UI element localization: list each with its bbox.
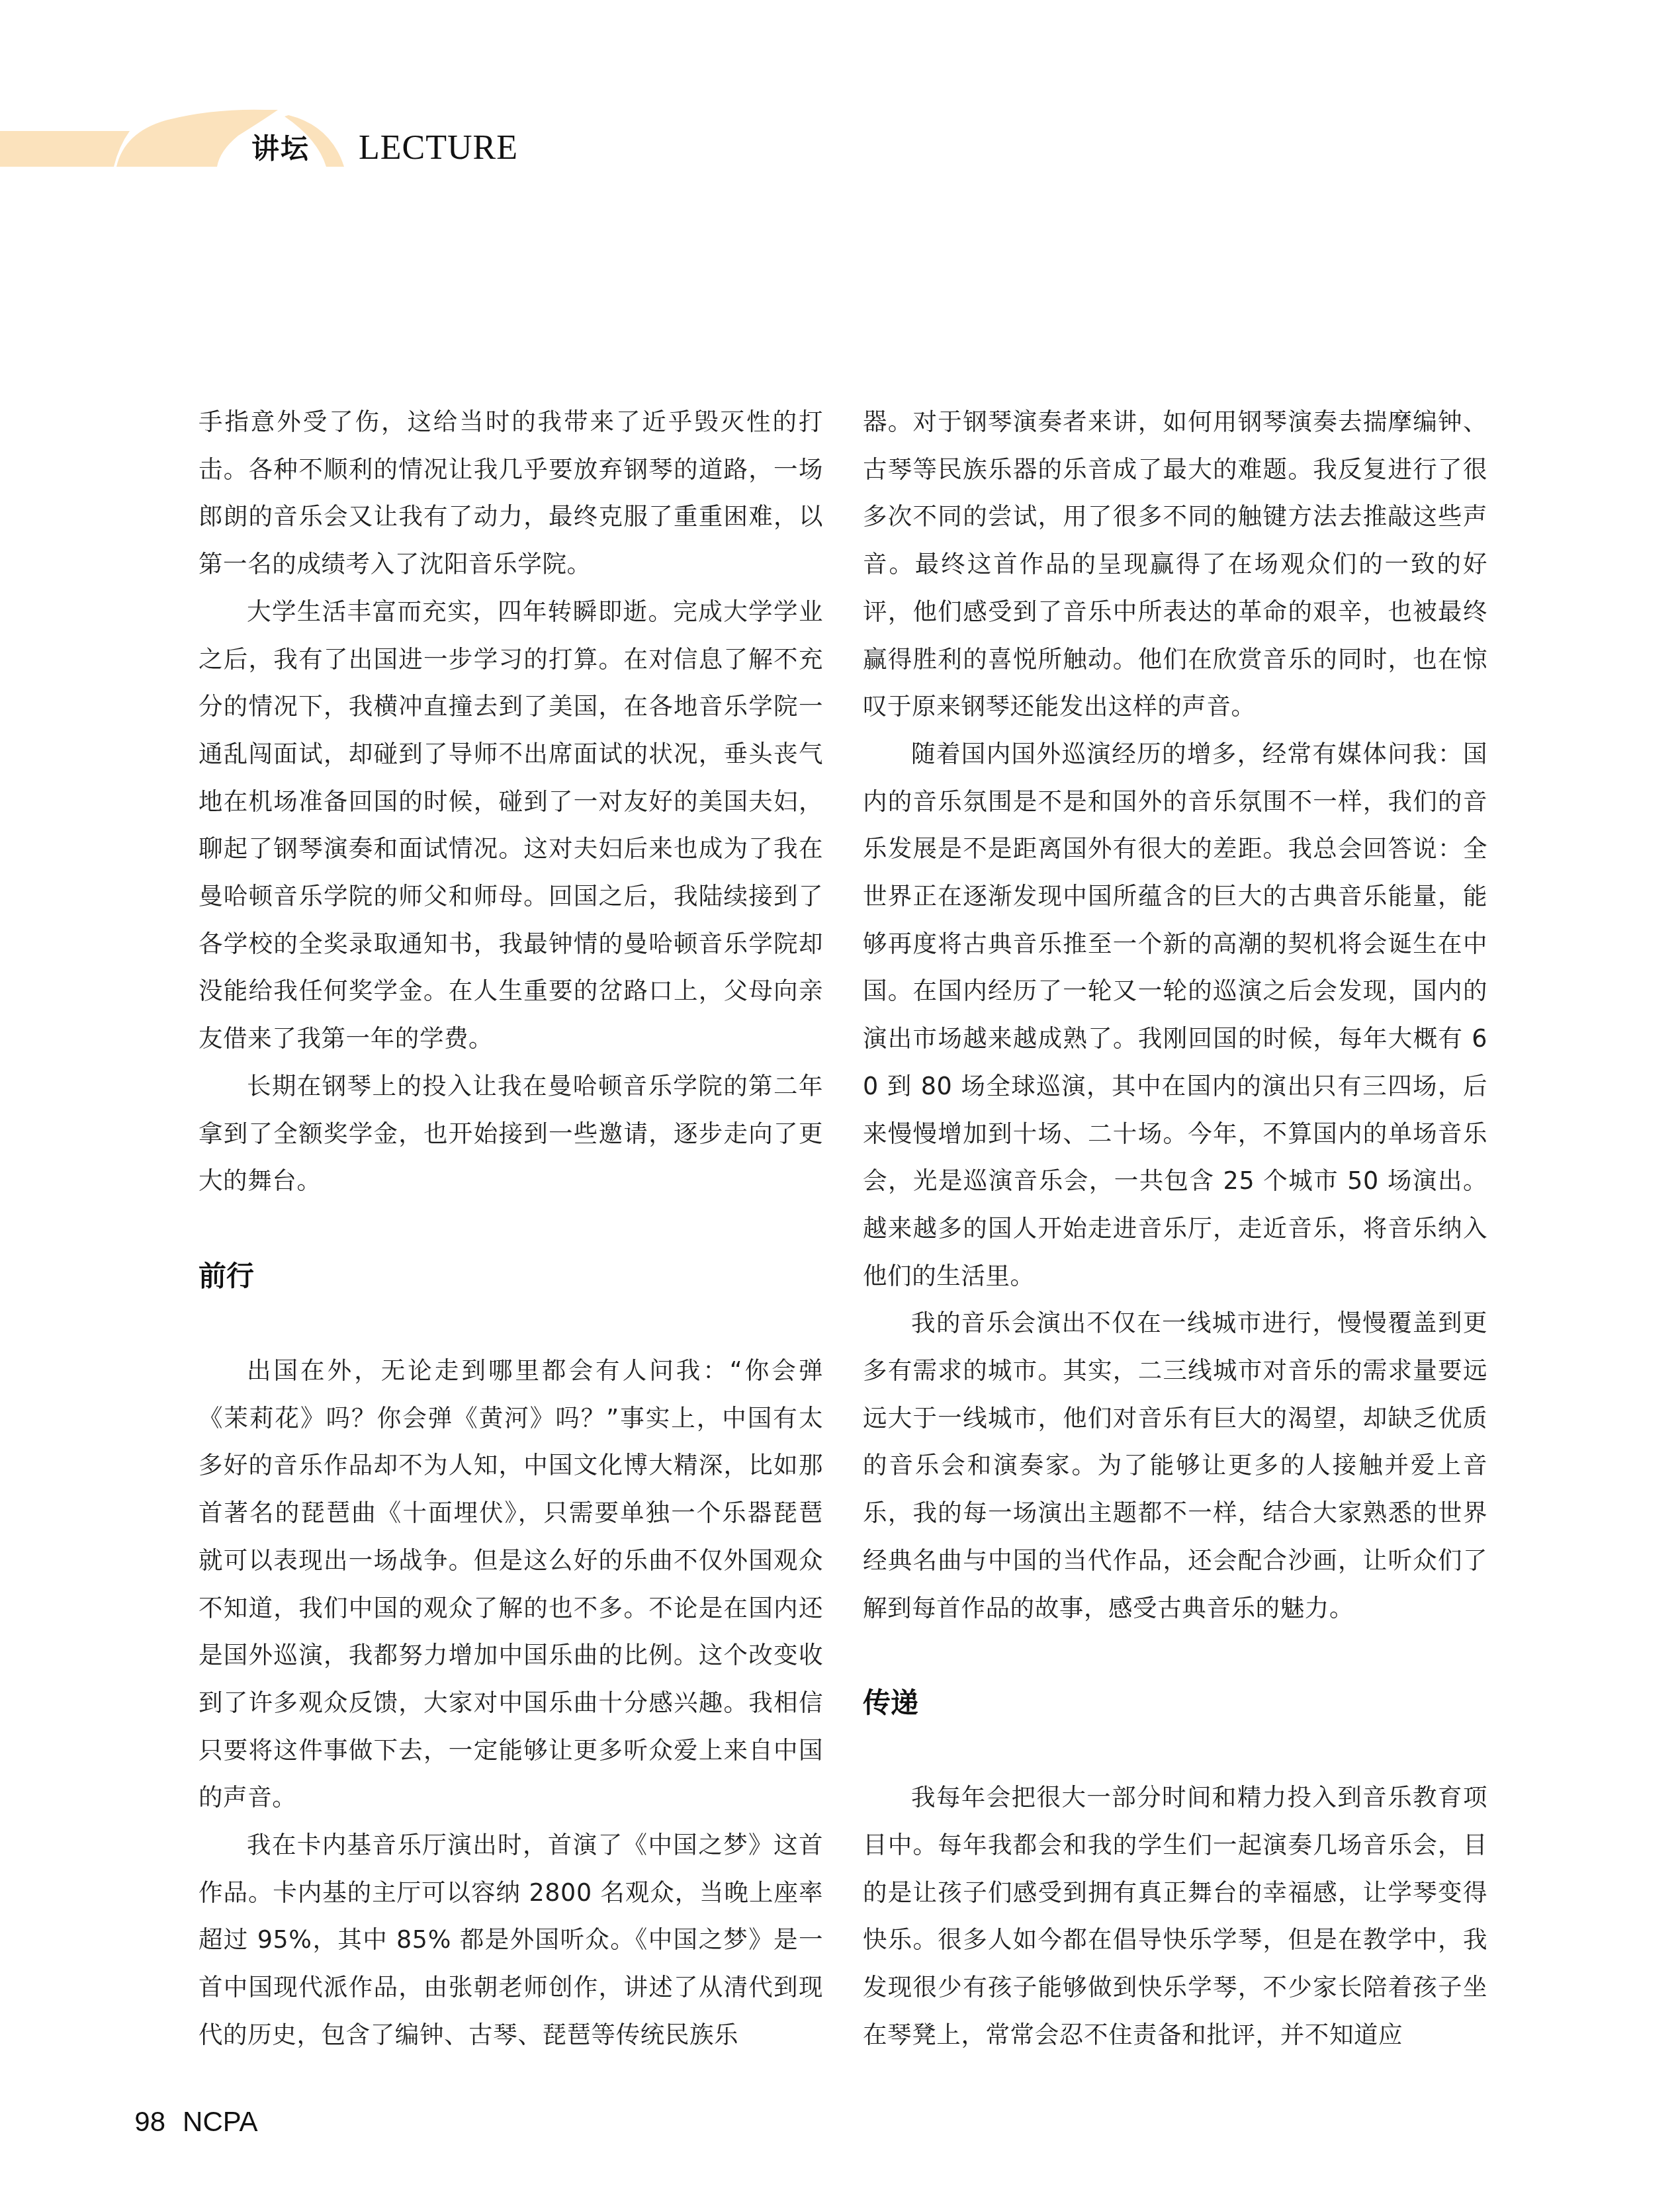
section-heading-qianxing: 前行 xyxy=(199,1252,823,1300)
paragraph: 出国在外，无论走到哪里都会有人问我：“你会弹《茉莉花》吗？你会弹《黄河》吗？”事… xyxy=(199,1347,823,1821)
section-heading-chuandi: 传递 xyxy=(863,1679,1487,1727)
paragraph: 大学生活丰富而充实，四年转瞬即逝。完成大学学业之后，我有了出国进一步学习的打算。… xyxy=(199,588,823,1063)
page-number: 98 xyxy=(134,2105,165,2138)
spacer xyxy=(199,1299,823,1347)
paragraph: 我在卡内基音乐厅演出时，首演了《中国之梦》这首作品。卡内基的主厅可以容纳 280… xyxy=(199,1821,823,2059)
left-column: 手指意外受了伤，这给当时的我带来了近乎毁灭性的打击。各种不顺利的情况让我几乎要放… xyxy=(199,398,823,2059)
spacer xyxy=(863,1632,1487,1679)
section-title-english: LECTURE xyxy=(359,130,518,167)
page-footer: 98NCPA xyxy=(119,2072,258,2138)
paragraph: 我每年会把很大一部分时间和精力投入到音乐教育项目中。每年我都会和我的学生们一起演… xyxy=(863,1774,1487,2058)
spacer xyxy=(863,1727,1487,1774)
paragraph: 手指意外受了伤，这给当时的我带来了近乎毁灭性的打击。各种不顺利的情况让我几乎要放… xyxy=(199,398,823,588)
paragraph: 长期在钢琴上的投入让我在曼哈顿音乐学院的第二年拿到了全额奖学金，也开始接到一些邀… xyxy=(199,1063,823,1205)
paragraph: 随着国内国外巡演经历的增多，经常有媒体问我：国内的音乐氛围是不是和国外的音乐氛围… xyxy=(863,730,1487,1299)
paragraph: 器。对于钢琴演奏者来讲，如何用钢琴演奏去揣摩编钟、古琴等民族乐器的乐音成了最大的… xyxy=(863,398,1487,730)
spacer xyxy=(199,1205,823,1252)
paragraph: 我的音乐会演出不仅在一线城市进行，慢慢覆盖到更多有需求的城市。其实，二三线城市对… xyxy=(863,1299,1487,1632)
section-title-chinese: 讲坛 xyxy=(251,132,310,165)
publication-name: NCPA xyxy=(183,2105,258,2138)
right-column: 器。对于钢琴演奏者来讲，如何用钢琴演奏去揣摩编钟、古琴等民族乐器的乐音成了最大的… xyxy=(863,398,1487,2059)
section-header: 讲坛 LECTURE xyxy=(0,106,596,179)
